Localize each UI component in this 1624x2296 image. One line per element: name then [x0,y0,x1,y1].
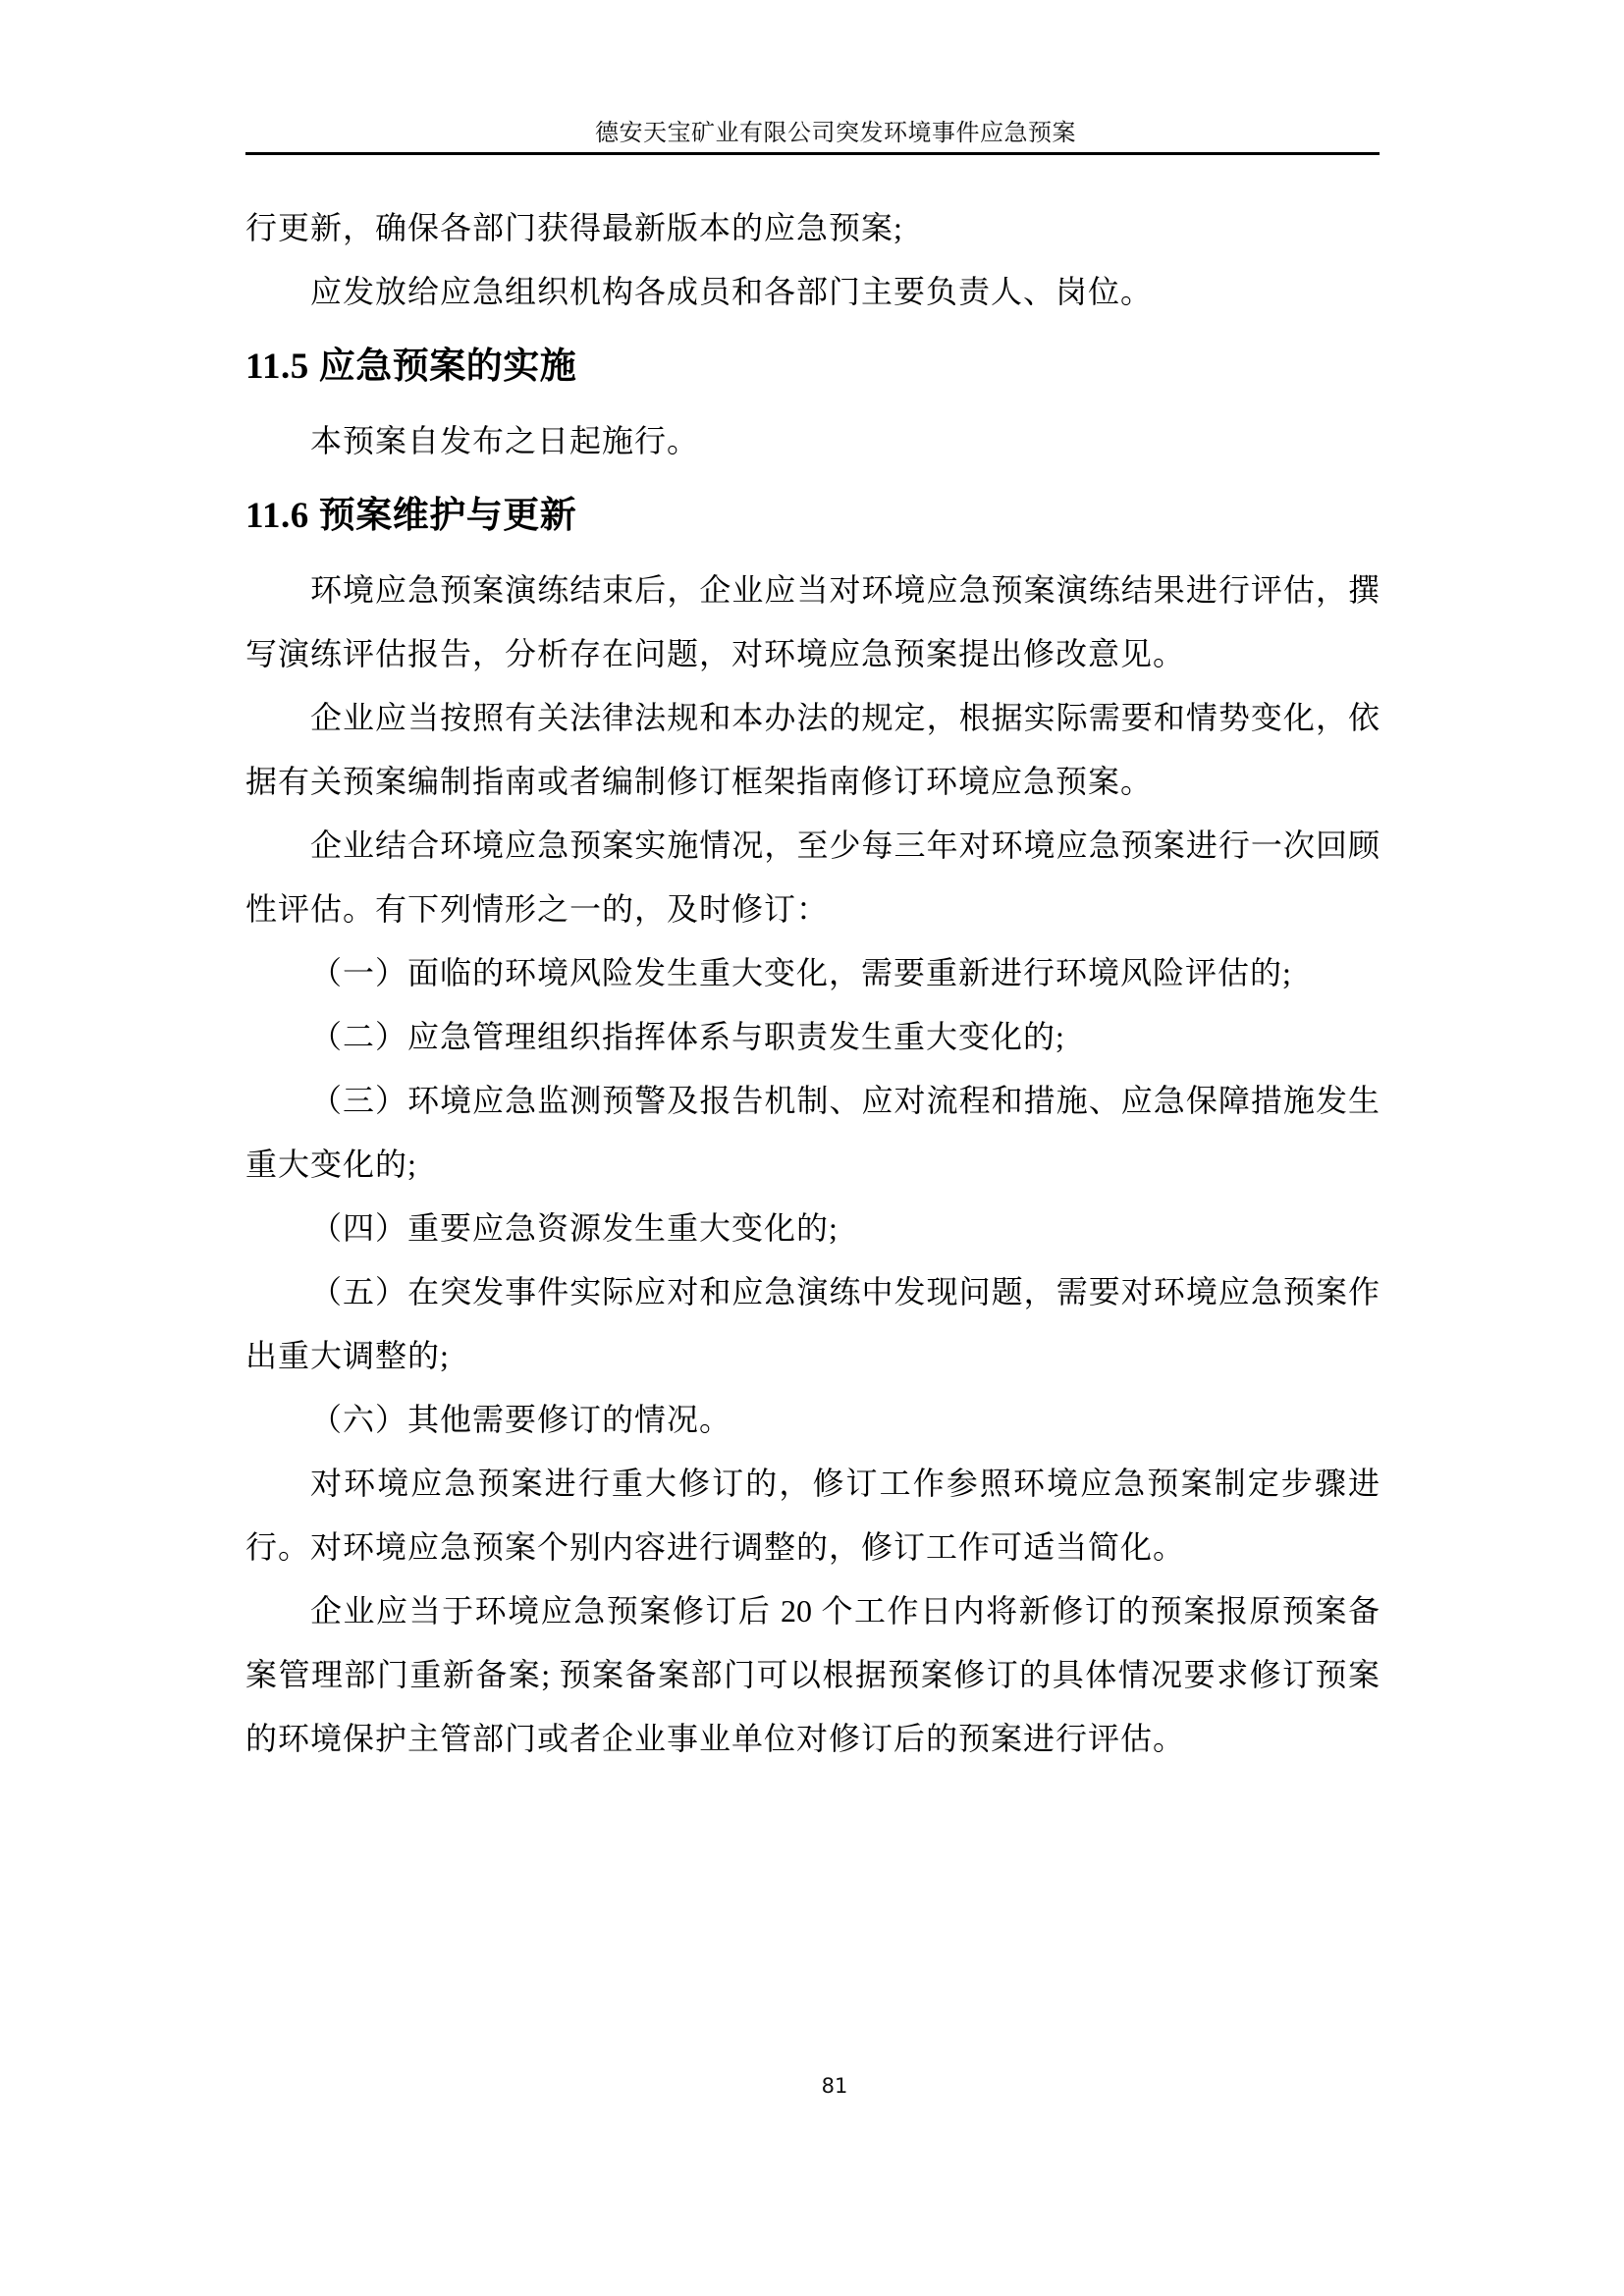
paragraph-line: 案管理部门重新备案; 预案备案部门可以根据预案修订的具体情况要求修订预案 [245,1643,1380,1707]
paragraph-line: 行。对环境应急预案个别内容进行调整的，修订工作可适当简化。 [245,1516,1380,1579]
paragraph-line: 写演练评估报告，分析存在问题，对环境应急预案提出修改意见。 [245,622,1380,686]
list-item-3: （三）环境应急监测预警及报告机制、应对流程和措施、应急保障措施发生 [245,1069,1380,1133]
page-header-title: 德安天宝矿业有限公司突发环境事件应急预案 [245,116,1426,151]
section-number: 11.6 [245,496,309,536]
paragraph-line: 环境应急预案演练结束后，企业应当对环境应急预案演练结果进行评估，撰 [245,559,1380,622]
section-heading-11-5: 11.5应急预案的实施 [245,324,1380,409]
paragraph-line: 本预案自发布之日起施行。 [245,409,1380,473]
list-item-5-continued: 出重大调整的; [245,1324,1380,1388]
header-divider [245,152,1380,155]
section-number: 11.5 [245,347,309,387]
document-body: 行更新，确保各部门获得最新版本的应急预案; 应发放给应急组织机构各成员和各部门主… [245,196,1380,1771]
section-title: 应急预案的实施 [319,347,577,387]
list-item-5: （五）在突发事件实际应对和应急演练中发现问题，需要对环境应急预案作 [245,1260,1380,1324]
list-item-1: （一）面临的环境风险发生重大变化，需要重新进行环境风险评估的; [245,941,1380,1005]
section-title: 预案维护与更新 [319,496,577,536]
section-heading-11-6: 11.6预案维护与更新 [245,473,1380,559]
paragraph-line: 应发放给应急组织机构各成员和各部门主要负责人、岗位。 [245,260,1380,324]
list-item-6: （六）其他需要修订的情况。 [245,1388,1380,1452]
paragraph-line: 企业应当按照有关法律法规和本办法的规定，根据实际需要和情势变化，依 [245,686,1380,750]
list-item-3-continued: 重大变化的; [245,1133,1380,1197]
list-item-4: （四）重要应急资源发生重大变化的; [245,1197,1380,1260]
page-number: 81 [785,2071,884,2101]
list-item-2: （二）应急管理组织指挥体系与职责发生重大变化的; [245,1005,1380,1069]
paragraph-line: 的环境保护主管部门或者企业事业单位对修订后的预案进行评估。 [245,1707,1380,1771]
paragraph-line: 对环境应急预案进行重大修订的，修订工作参照环境应急预案制定步骤进 [245,1452,1380,1516]
paragraph-line: 据有关预案编制指南或者编制修订框架指南修订环境应急预案。 [245,750,1380,814]
paragraph-line: 企业应当于环境应急预案修订后 20 个工作日内将新修订的预案报原预案备 [245,1579,1380,1643]
paragraph-line: 企业结合环境应急预案实施情况，至少每三年对环境应急预案进行一次回顾 [245,814,1380,878]
paragraph-line: 性评估。有下列情形之一的，及时修订： [245,878,1380,941]
paragraph-line: 行更新，确保各部门获得最新版本的应急预案; [245,196,1380,260]
